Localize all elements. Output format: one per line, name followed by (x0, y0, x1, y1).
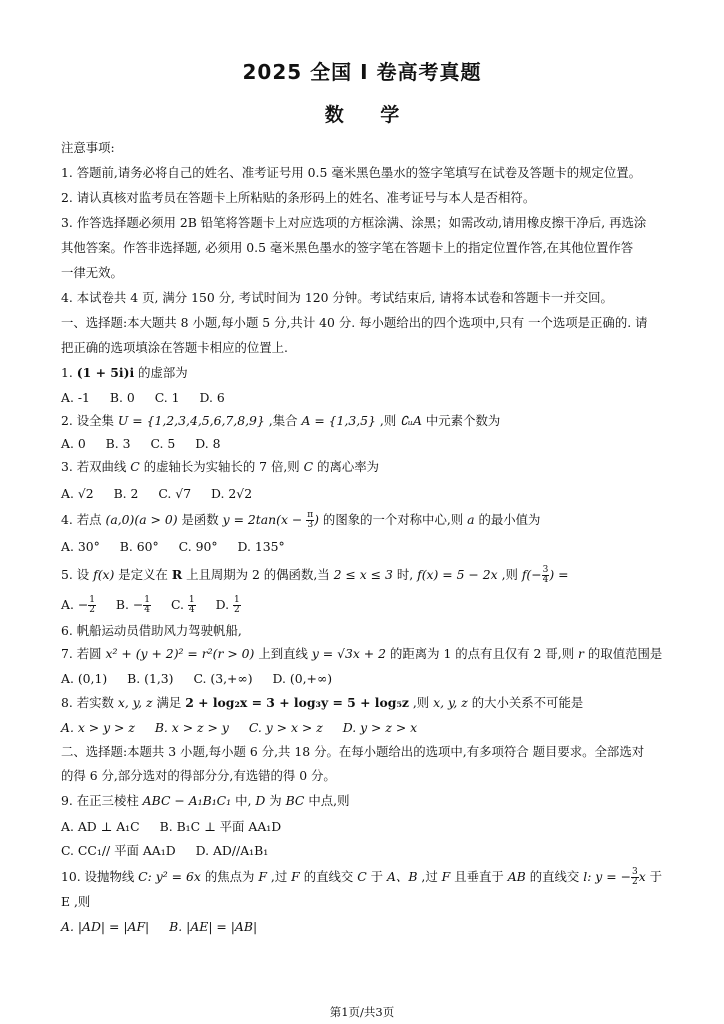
question-text: 于 (367, 869, 387, 884)
math-expr: BC (286, 793, 305, 808)
exam-subject: 数 学 (0, 100, 724, 127)
question-text: 上且周期为 2 的偶函数,当 (182, 567, 333, 582)
question-text: ,过 (267, 869, 291, 884)
fraction: 32 (631, 868, 639, 887)
notice-item-4: 4. 本试卷共 4 页, 满分 150 分, 考试时间为 120 分钟。考试结束… (61, 290, 613, 306)
option-d: D. AD//A₁B₁ (196, 843, 269, 858)
option-b: B. 0 (110, 390, 135, 405)
question-number: 4. (61, 512, 73, 527)
math-expr: AB (508, 869, 526, 884)
math-expr: R (172, 567, 182, 582)
question-text: 的虚部为 (134, 365, 188, 380)
question-10: 10. 设抛物线 C: y² = 6x 的焦点为 F ,过 F 的直线交 C 于… (61, 868, 662, 887)
math-expr: A = {1,3,5} (301, 413, 376, 428)
notice-heading: 注意事项: (61, 140, 115, 156)
math-expr: y = 2tan(x − (223, 512, 307, 527)
option-c: C. CC₁// 平面 AA₁D (61, 843, 176, 858)
notice-item-3-cont: 其他答案。作答非选择题, 必须用 0.5 毫米黑色墨水的签字笔在答题卡上的指定位… (61, 240, 633, 256)
exam-title: 2025 全国 Ⅰ 卷高考真题 (0, 56, 724, 85)
fraction: π3 (306, 511, 314, 530)
question-2-options: A. 0 B. 3 C. 5 D. 8 (61, 436, 237, 452)
question-text: 中元素个数为 (422, 413, 500, 428)
math-expr: A、B (387, 869, 417, 884)
math-expr: f(− (522, 567, 542, 582)
math-expr: a (467, 512, 474, 527)
question-text: 设全集 (73, 413, 118, 428)
option-a: A. AD ⊥ A₁C (61, 819, 140, 834)
option-a: A. -1 (61, 390, 90, 405)
question-text: 若圆 (73, 646, 106, 661)
question-text: ,过 (417, 869, 441, 884)
question-8: 8. 若实数 x, y, z 满足 2 + log₂x = 3 + log₃y … (61, 695, 583, 711)
option-c: C. 14 (171, 597, 196, 612)
option-a: A. (0,1) (61, 671, 107, 686)
option-a: A. x > y > z (61, 720, 135, 735)
question-text: 的距离为 1 的点有且仅有 2 哥,则 (386, 646, 578, 661)
option-b: B. |AE| = |AB| (169, 919, 257, 934)
math-expr: ) = (549, 567, 568, 582)
option-a: A. 0 (61, 436, 86, 451)
page-number: 第1页/共3页 (0, 1004, 724, 1020)
question-10-options: A. |AD| = |AF| B. |AE| = |AB| (61, 919, 273, 935)
question-1: 1. (1 + 5i)i 的虚部为 (61, 365, 188, 381)
option-b: B. −14 (116, 597, 151, 612)
notice-item-3-end: 一律无效。 (61, 265, 123, 281)
question-text: 的最小值为 (475, 512, 541, 527)
question-2: 2. 设全集 U = {1,2,3,4,5,6,7,8,9} ,集合 A = {… (61, 413, 500, 429)
math-expr: x, y, z (118, 695, 153, 710)
question-text: 的直线交 (526, 869, 583, 884)
math-expr: C (130, 459, 139, 474)
question-9-options-row2: C. CC₁// 平面 AA₁D D. AD//A₁B₁ (61, 843, 284, 859)
question-text: 若双曲线 (73, 459, 130, 474)
question-text: 是定义在 (114, 567, 171, 582)
math-expr: C: y² = 6x (138, 869, 201, 884)
math-expr: ABC − A₁B₁C₁ (143, 793, 231, 808)
question-number: 3. (61, 459, 73, 474)
question-text: 中点,则 (304, 793, 349, 808)
question-number: 5. (61, 567, 73, 582)
question-text: 设抛物线 (81, 869, 138, 884)
option-d: D. 12 (216, 597, 241, 612)
option-a: A. −12 (61, 597, 96, 612)
option-d: D. 6 (199, 390, 224, 405)
option-c: C. 1 (155, 390, 180, 405)
question-6: 6. 帆船运动员借助风力驾驶帆船, (61, 623, 242, 639)
question-4-options: A. 30° B. 60° C. 90° D. 135° (61, 539, 301, 555)
option-d: D. 8 (195, 436, 220, 451)
question-7: 7. 若圆 x² + (y + 2)² = r²(r > 0) 上到直线 y =… (61, 646, 662, 662)
math-expr: D (255, 793, 265, 808)
section1-instructions-cont: 把正确的选项填涂在答题卡相应的位置上. (61, 340, 288, 356)
math-expr: 2 ≤ x ≤ 3 (334, 567, 393, 582)
option-c: C. 5 (151, 436, 176, 451)
question-text: 中, (231, 793, 255, 808)
math-expr: (a,0)(a > 0) (106, 512, 178, 527)
question-1-options: A. -1 B. 0 C. 1 D. 6 (61, 390, 241, 406)
option-a: A. 30° (61, 539, 100, 554)
question-3-options: A. √2 B. 2 C. √7 D. 2√2 (61, 486, 268, 502)
option-b: B. 2 (114, 486, 139, 501)
math-expr: x (639, 869, 646, 884)
question-text: 的焦点为 (201, 869, 258, 884)
question-number: 8. (61, 695, 73, 710)
question-text: 于 (646, 869, 662, 884)
math-expr: x² + (y + 2)² = r²(r > 0) (106, 646, 255, 661)
question-number: 9. (61, 793, 73, 808)
option-b: B. 3 (106, 436, 131, 451)
notice-item-2: 2. 请认真核对监考员在答题卡上所粘贴的条形码上的姓名、准考证号与本人是否相符。 (61, 190, 535, 206)
math-expr: F (442, 869, 451, 884)
math-expr: l: y = − (583, 869, 631, 884)
option-b: B. 60° (120, 539, 159, 554)
question-number: 10. (61, 869, 81, 884)
notice-item-1: 1. 答题前,请务必将自己的姓名、准考证号用 0.5 毫米黑色墨水的签字笔填写在… (61, 165, 641, 181)
question-3: 3. 若双曲线 C 的虚轴长为实轴长的 7 倍,则 C 的离心率为 (61, 459, 379, 475)
question-9-options-row1: A. AD ⊥ A₁C B. B₁C ⊥ 平面 AA₁D (61, 819, 297, 835)
math-expr: C (304, 459, 313, 474)
option-a: A. √2 (61, 486, 94, 501)
section1-instructions: 一、选择题:本大题共 8 小题,每小题 5 分,共计 40 分. 每小题给出的四… (61, 315, 647, 331)
math-expr: ∁ᵤA (400, 413, 422, 428)
question-8-options: A. x > y > z B. x > z > y C. y > x > z D… (61, 720, 433, 736)
math-expr: f(x) = 5 − 2x (417, 567, 498, 582)
question-text: 是函数 (178, 512, 223, 527)
question-9: 9. 在正三棱柱 ABC − A₁B₁C₁ 中, D 为 BC 中点,则 (61, 793, 349, 809)
question-text: 的虚轴长为实轴长的 7 倍,则 (140, 459, 304, 474)
question-text: 的取值范围是 (584, 646, 662, 661)
notice-item-3: 3. 作答选择题必须用 2B 铅笔将答题卡上对应选项的方框涂满、涂黑；如需改动,… (61, 215, 646, 231)
question-number: 7. (61, 646, 73, 661)
option-d: D. 135° (238, 539, 285, 554)
question-10-cont: E ,则 (61, 894, 90, 910)
question-text: 若点 (73, 512, 106, 527)
option-c: C. √7 (158, 486, 191, 501)
question-text: 满足 (153, 695, 186, 710)
question-5: 5. 设 f(x) 是定义在 R 上且周期为 2 的偶函数,当 2 ≤ x ≤ … (61, 566, 569, 585)
question-text: ,则 (409, 695, 433, 710)
question-text: 为 (265, 793, 285, 808)
option-d: D. y > z > x (343, 720, 417, 735)
math-expr: (1 + 5i)i (77, 365, 134, 380)
question-text: 的直线交 (300, 869, 357, 884)
question-text: 且垂直于 (450, 869, 507, 884)
question-text: 的大小关系不可能是 (468, 695, 583, 710)
question-text: 时, (393, 567, 417, 582)
question-4: 4. 若点 (a,0)(a > 0) 是函数 y = 2tan(x − π3) … (61, 511, 540, 530)
question-5-options: A. −12 B. −14 C. 14 D. 12 (61, 596, 257, 615)
section2-instructions: 二、选择题:本题共 3 小题,每小题 6 分,共 18 分。在每小题给出的选项中… (61, 744, 644, 760)
math-expr: x, y, z (433, 695, 468, 710)
question-number: 1. (61, 365, 73, 380)
question-text: 上到直线 (254, 646, 311, 661)
option-c: C. (3,+∞) (193, 671, 252, 686)
section2-instructions-cont: 的得 6 分,部分选对的得部分分,有选错的得 0 分。 (61, 768, 336, 784)
option-d: D. (0,+∞) (273, 671, 333, 686)
math-expr: y = √3x + 2 (312, 646, 386, 661)
option-c: C. y > x > z (249, 720, 323, 735)
question-text: 设 (73, 567, 93, 582)
math-expr: F (291, 869, 300, 884)
question-text: 的图象的一个对称中心,则 (319, 512, 467, 527)
question-text: 若实数 (73, 695, 118, 710)
question-7-options: A. (0,1) B. (1,3) C. (3,+∞) D. (0,+∞) (61, 671, 348, 687)
question-text: 的离心率为 (313, 459, 379, 474)
math-expr: U = {1,2,3,4,5,6,7,8,9} (118, 413, 265, 428)
question-text: 在正三棱柱 (73, 793, 143, 808)
option-d: D. 2√2 (211, 486, 252, 501)
math-expr: 2 + log₂x = 3 + log₃y = 5 + log₅z (185, 695, 409, 710)
option-c: C. 90° (179, 539, 218, 554)
math-expr: C (357, 869, 366, 884)
option-b: B. x > z > y (155, 720, 229, 735)
question-text: ,则 (498, 567, 522, 582)
math-expr: F (258, 869, 267, 884)
option-a: A. |AD| = |AF| (61, 919, 149, 934)
question-text: ,则 (376, 413, 400, 428)
math-expr: f(x) (93, 567, 114, 582)
question-text: ,集合 (265, 413, 302, 428)
question-number: 2. (61, 413, 73, 428)
option-b: B. (1,3) (127, 671, 173, 686)
option-b: B. B₁C ⊥ 平面 AA₁D (160, 819, 282, 834)
